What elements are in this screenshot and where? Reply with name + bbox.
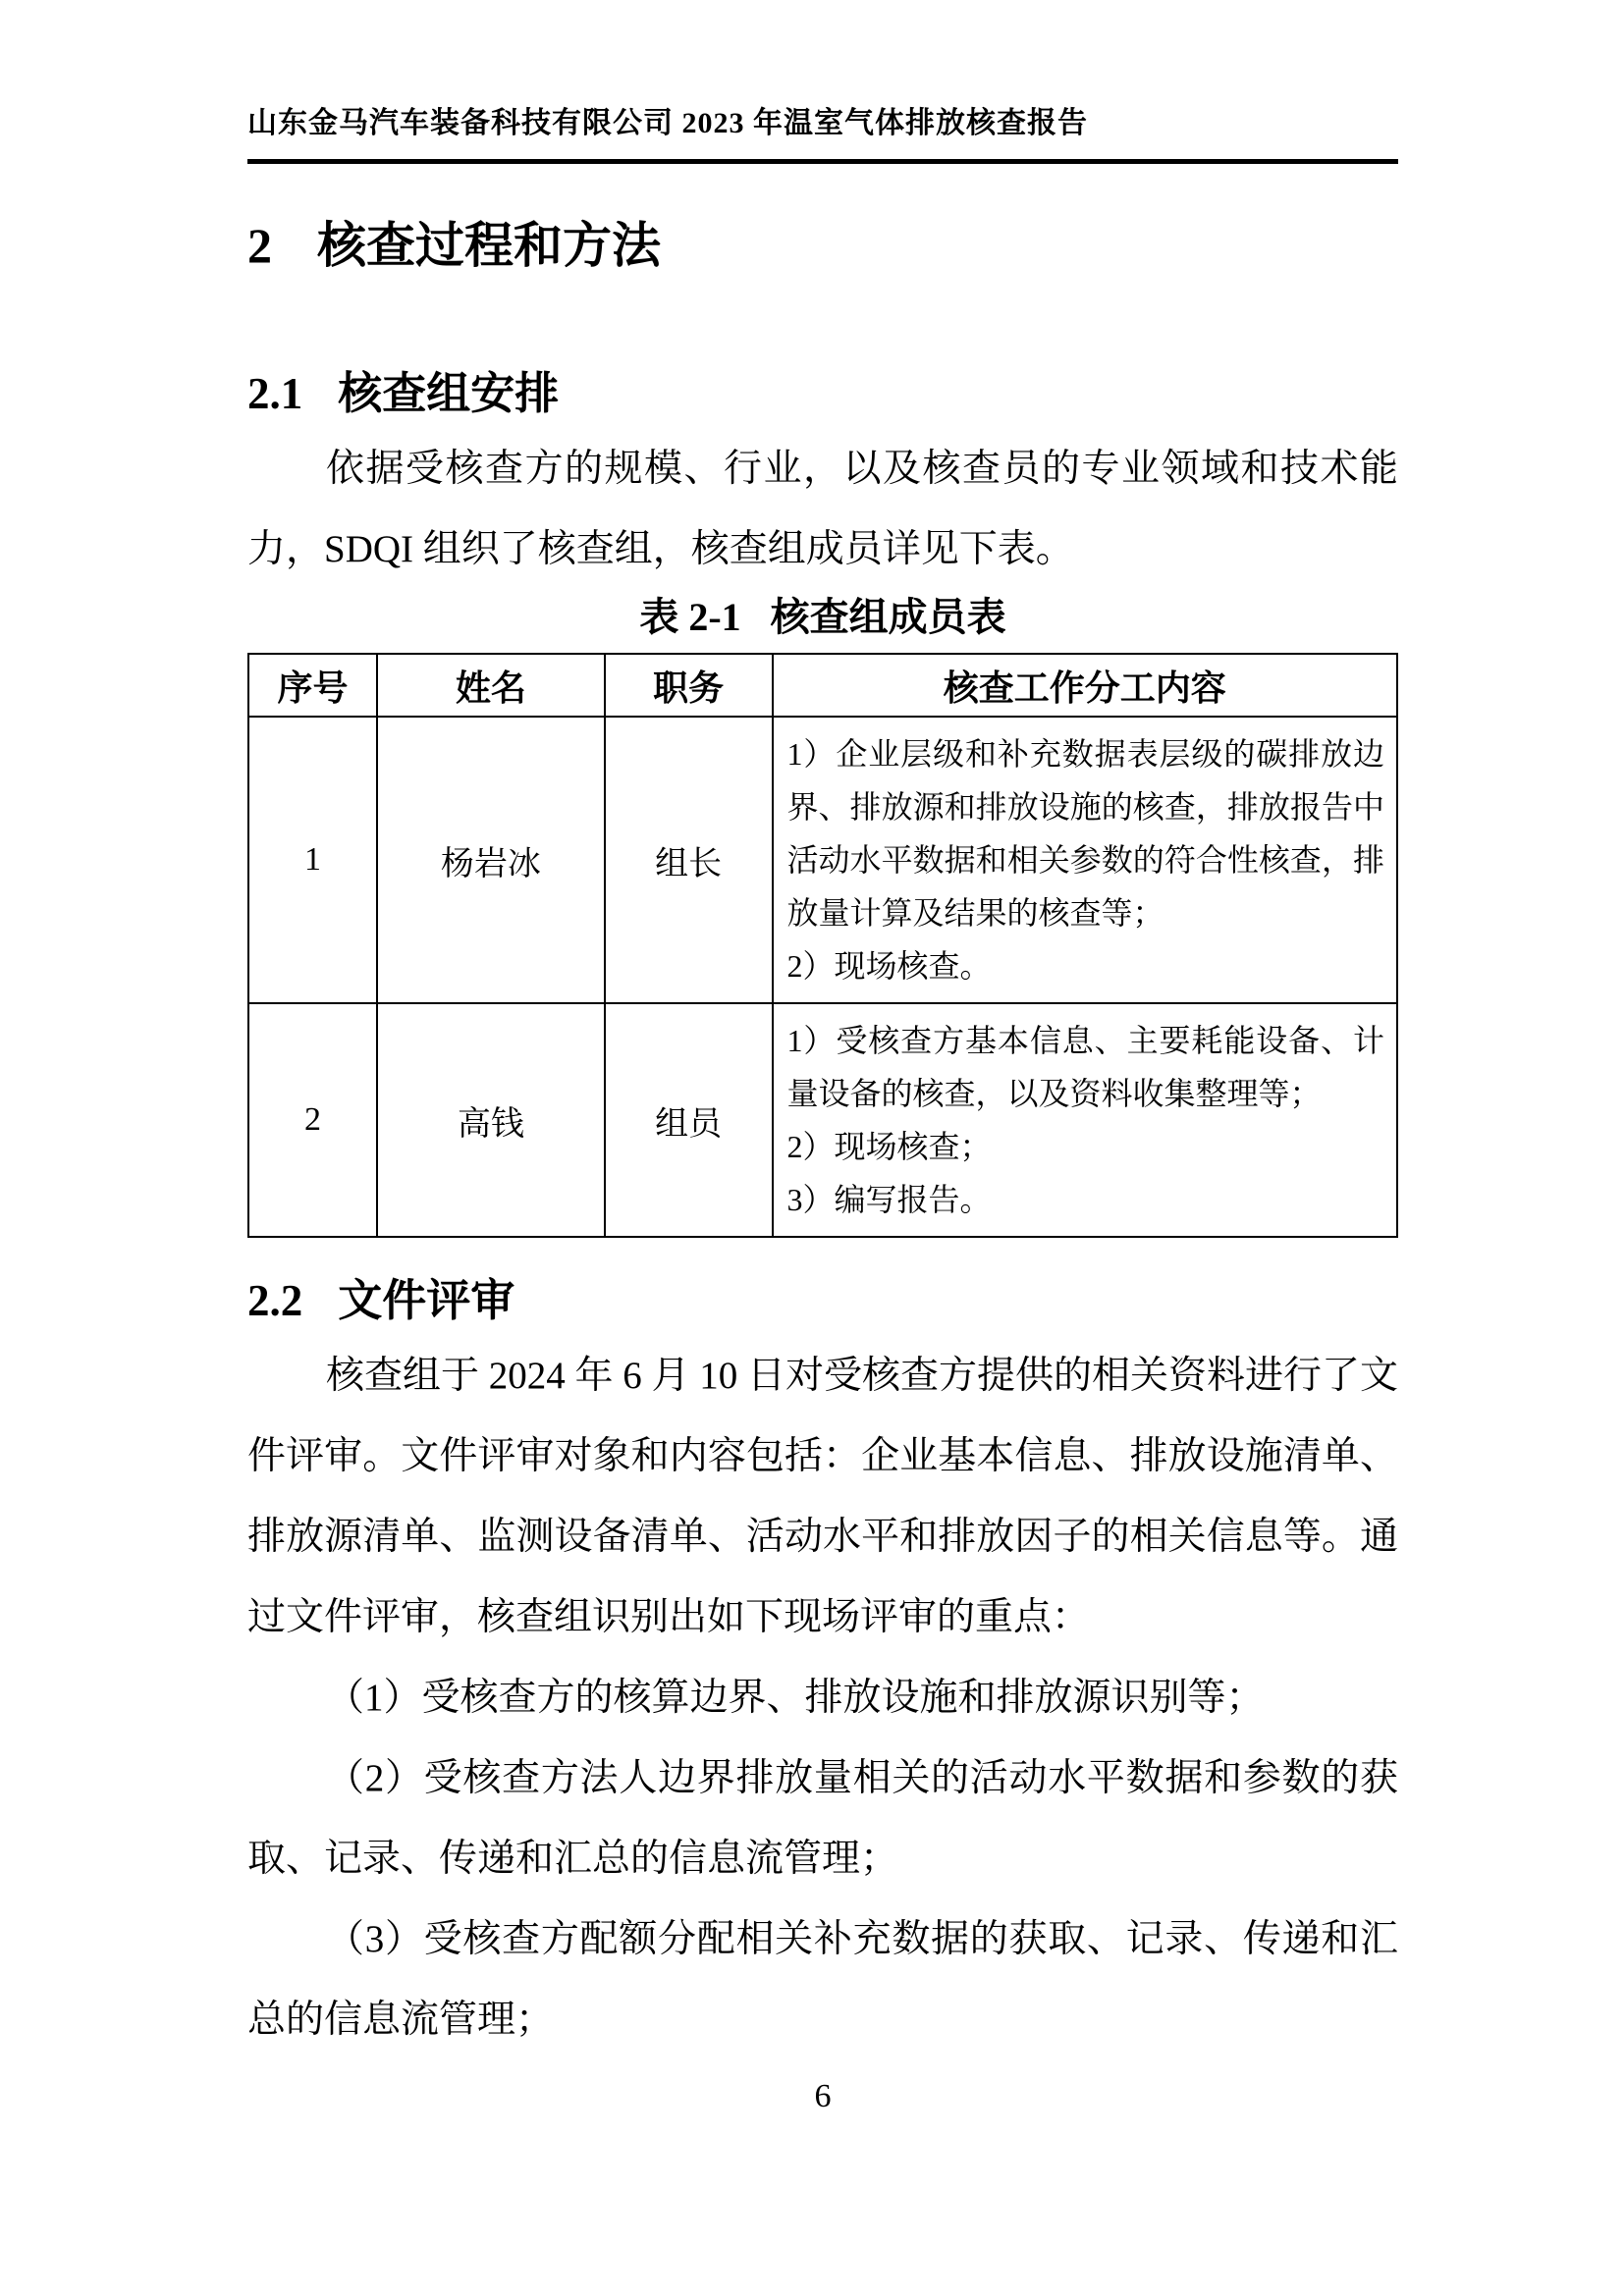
column-header-no: 序号 bbox=[248, 654, 377, 717]
column-header-name: 姓名 bbox=[377, 654, 605, 717]
section-2-2-title: 文件评审 bbox=[338, 1276, 514, 1325]
review-point-3: （3）受核查方配额分配相关补充数据的获取、记录、传递和汇总的信息流管理； bbox=[247, 1899, 1398, 2060]
review-point-2: （2）受核查方法人边界排放量相关的活动水平数据和参数的获取、记录、传递和汇总的信… bbox=[247, 1738, 1398, 1899]
section-2-number: 2 bbox=[247, 218, 272, 273]
intro-paragraph: 依据受核查方的规模、行业，以及核查员的专业领域和技术能力，SDQI 组织了核查组… bbox=[247, 429, 1398, 590]
section-2-2-number: 2.2 bbox=[247, 1276, 302, 1325]
review-point-1: （1）受核查方的核算边界、排放设施和排放源识别等； bbox=[247, 1658, 1398, 1738]
column-header-role: 职务 bbox=[605, 654, 773, 717]
table-row: 2 高钱 组员 1）受核查方基本信息、主要耗能设备、计量设备的核查，以及资料收集… bbox=[248, 1003, 1397, 1237]
section-2-1-title: 核查组安排 bbox=[338, 369, 559, 418]
table-caption-label: 表 2-1 bbox=[639, 595, 740, 639]
table-caption: 表 2-1核查组成员表 bbox=[247, 592, 1398, 643]
cell-role: 组员 bbox=[605, 1003, 773, 1237]
duty-line: 1）企业层级和补充数据表层级的碳排放边界、排放源和排放设施的核查，排放报告中活动… bbox=[787, 727, 1385, 939]
column-header-duties: 核查工作分工内容 bbox=[773, 654, 1398, 717]
cell-no: 1 bbox=[248, 717, 377, 1003]
duty-line: 2）现场核查。 bbox=[787, 939, 1385, 992]
cell-name: 高钱 bbox=[377, 1003, 605, 1237]
section-2-1-number: 2.1 bbox=[247, 369, 302, 418]
table-header-row: 序号 姓名 职务 核查工作分工内容 bbox=[248, 654, 1397, 717]
cell-name: 杨岩冰 bbox=[377, 717, 605, 1003]
section-2-1-heading: 2.1核查组安排 bbox=[247, 368, 1398, 419]
duty-line: 1）受核查方基本信息、主要耗能设备、计量设备的核查，以及资料收集整理等； bbox=[787, 1014, 1385, 1120]
section-2-title: 核查过程和方法 bbox=[317, 218, 661, 273]
table-caption-title: 核查组成员表 bbox=[771, 595, 1006, 639]
cell-duties: 1）受核查方基本信息、主要耗能设备、计量设备的核查，以及资料收集整理等； 2）现… bbox=[773, 1003, 1398, 1237]
duty-line: 3）编写报告。 bbox=[787, 1173, 1385, 1226]
report-page: 山东金马汽车装备科技有限公司 2023 年温室气体排放核查报告 2核查过程和方法… bbox=[0, 0, 1624, 2296]
page-number: 6 bbox=[247, 2076, 1398, 2117]
duty-line: 2）现场核查； bbox=[787, 1120, 1385, 1173]
review-paragraph: 核查组于 2024 年 6 月 10 日对受核查方提供的相关资料进行了文件评审。… bbox=[247, 1336, 1398, 1658]
team-table: 序号 姓名 职务 核查工作分工内容 1 杨岩冰 组长 1）企业层级和补充数据表层… bbox=[247, 653, 1398, 1238]
cell-role: 组长 bbox=[605, 717, 773, 1003]
section-2-2-heading: 2.2文件评审 bbox=[247, 1275, 1398, 1326]
section-2-heading: 2核查过程和方法 bbox=[247, 217, 1398, 274]
page-header: 山东金马汽车装备科技有限公司 2023 年温室气体排放核查报告 bbox=[247, 104, 1398, 164]
cell-duties: 1）企业层级和补充数据表层级的碳排放边界、排放源和排放设施的核查，排放报告中活动… bbox=[773, 717, 1398, 1003]
header-title: 山东金马汽车装备科技有限公司 2023 年温室气体排放核查报告 bbox=[247, 107, 1088, 139]
table-row: 1 杨岩冰 组长 1）企业层级和补充数据表层级的碳排放边界、排放源和排放设施的核… bbox=[248, 717, 1397, 1003]
cell-no: 2 bbox=[248, 1003, 377, 1237]
